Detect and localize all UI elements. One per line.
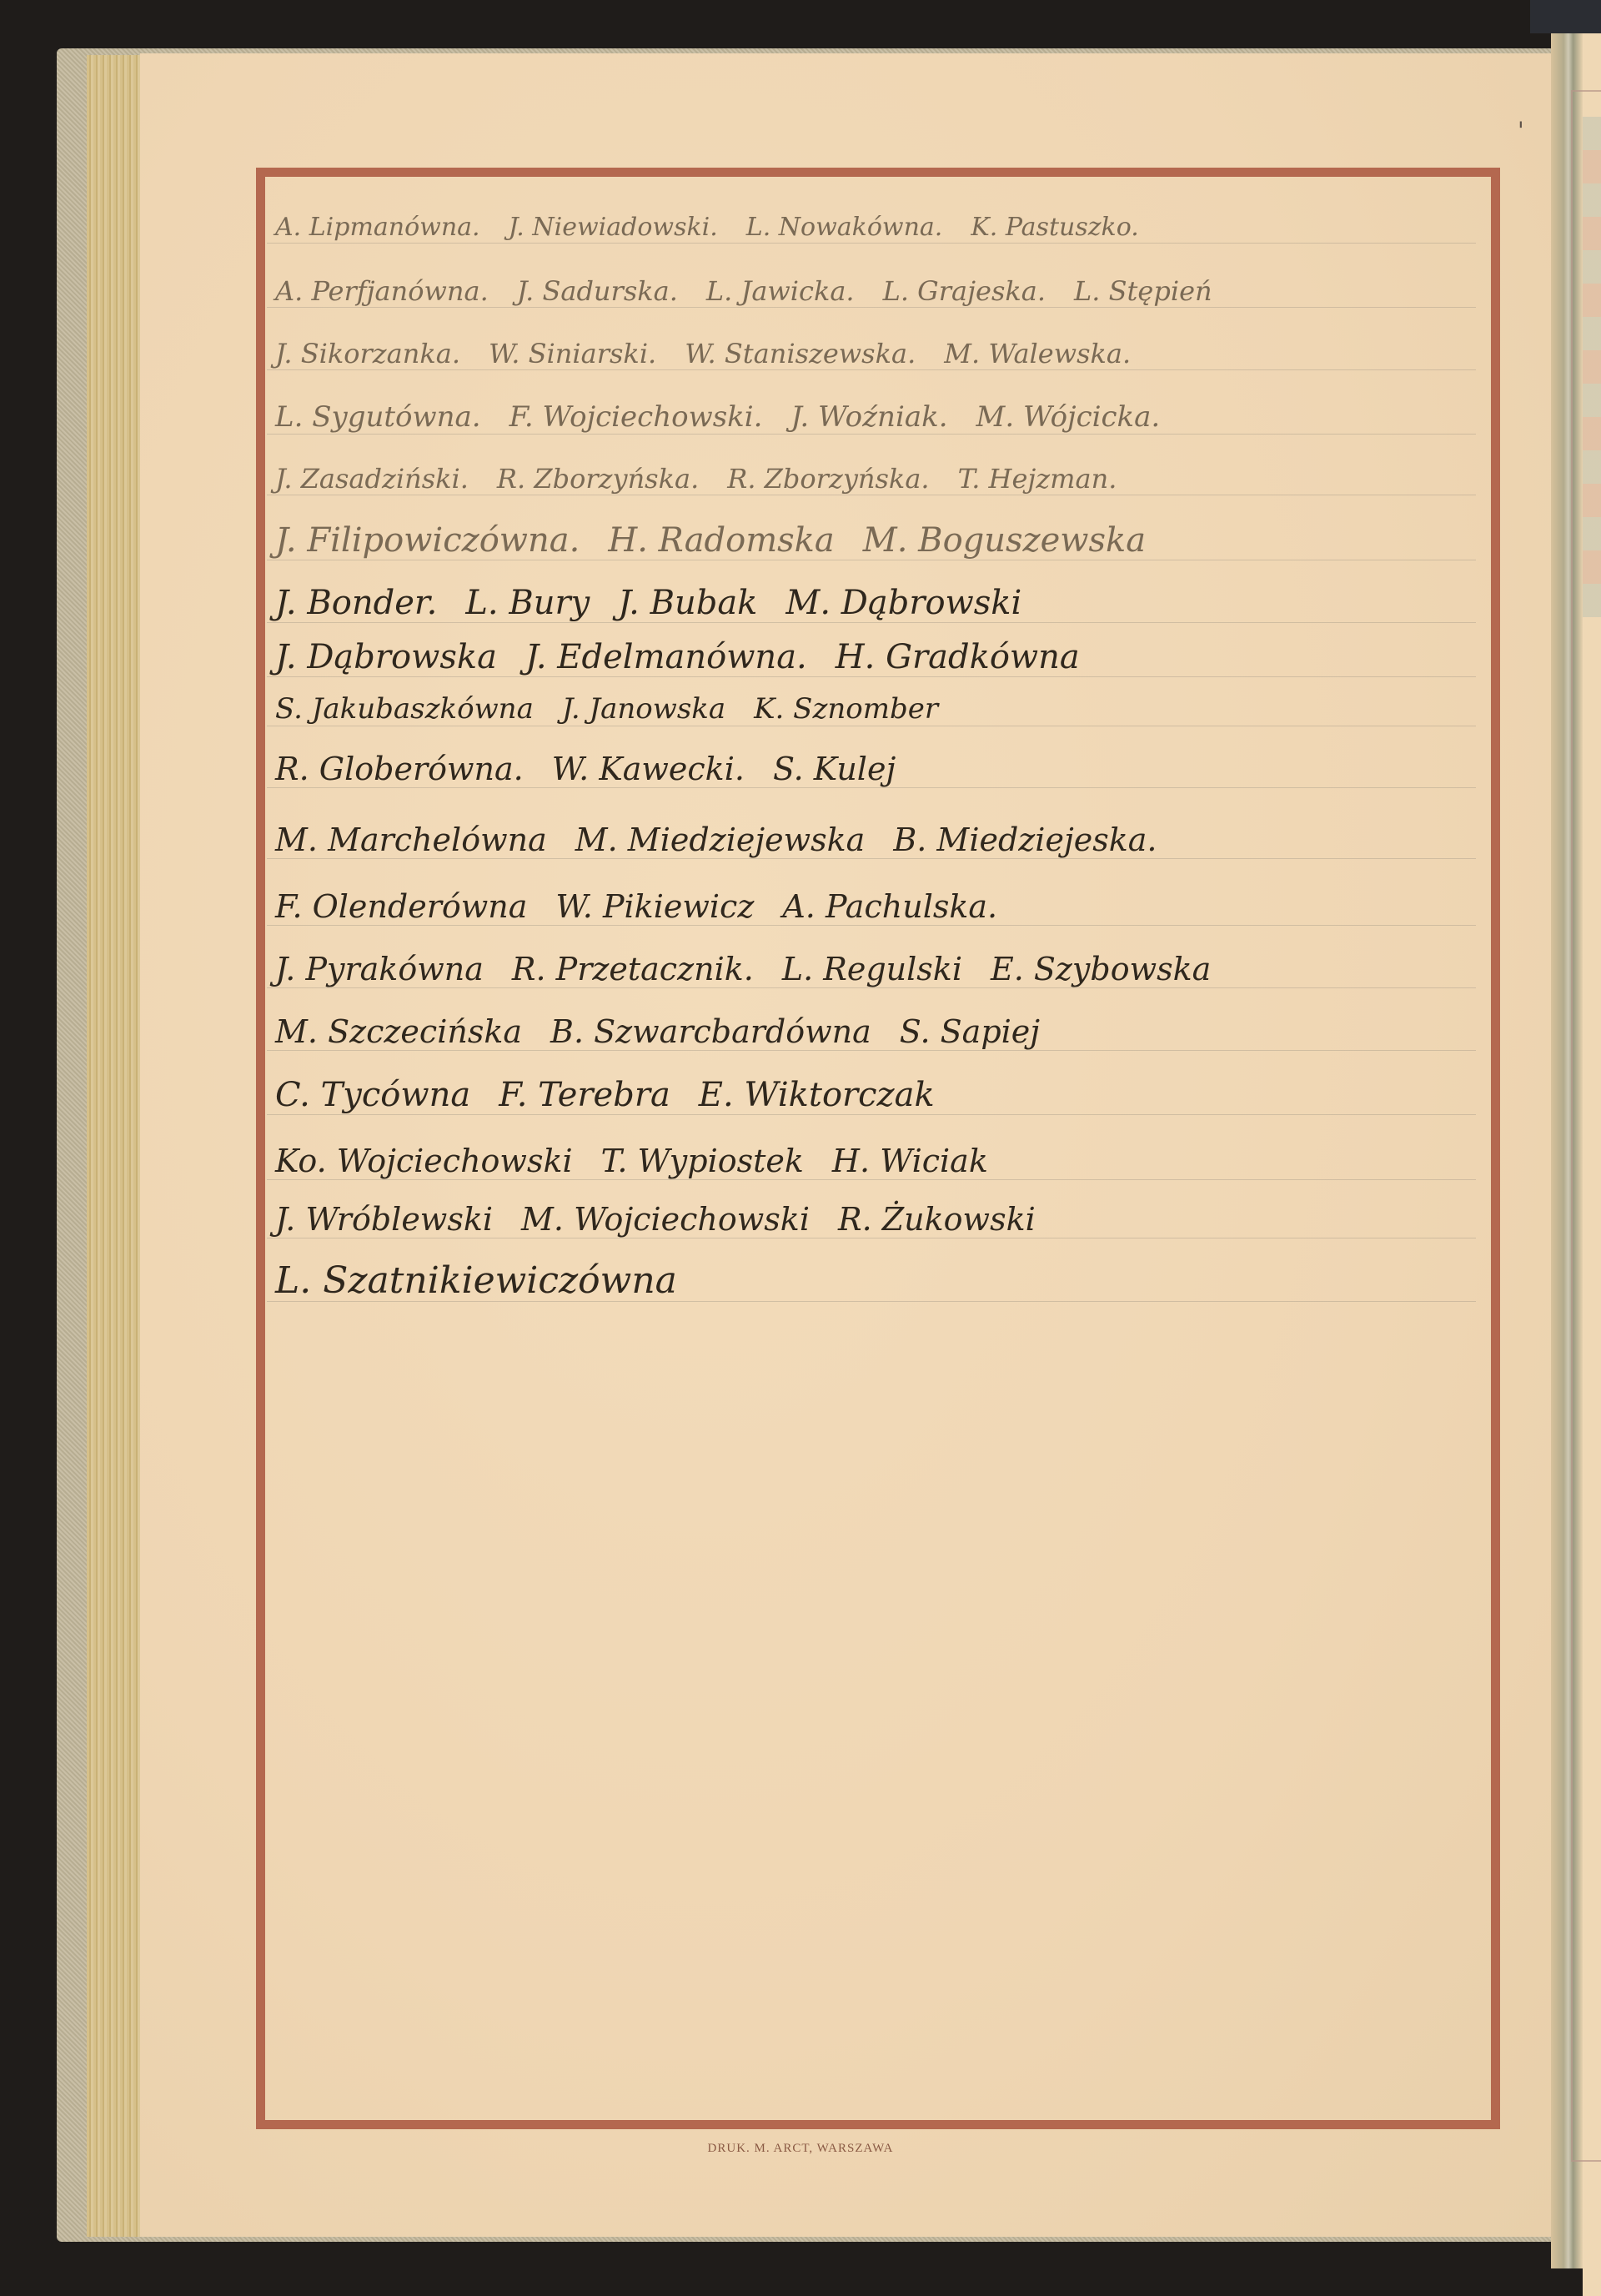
signature: H. Radomska [608, 521, 834, 560]
signature: Ko. Wojciechowski [275, 1143, 573, 1179]
signature-row: J. WróblewskiM. WojciechowskiR. Żukowski [275, 1201, 1476, 1238]
ruled-line [267, 987, 1476, 988]
signature: H. Gradkówna [836, 638, 1080, 676]
signature-row: A. Perfjanówna.J. Sadurska.L. Jawicka.L.… [275, 275, 1476, 307]
ruled-line [267, 787, 1476, 788]
signature-row: J. Sikorzanka.W. Siniarski.W. Staniszews… [275, 338, 1476, 369]
signature: J. Janowska [562, 692, 725, 726]
signature: L. Stępień [1074, 275, 1212, 307]
signature: A. Lipmanówna. [275, 213, 480, 242]
ruled-line [267, 858, 1476, 859]
signature: E. Wiktorczak [699, 1076, 935, 1114]
signature: W. Siniarski. [489, 338, 656, 369]
signature: R. Przetacznik. [512, 951, 754, 987]
signature-row: J. PyrakównaR. Przetacznik.L. RegulskiE.… [275, 951, 1476, 987]
signature-row: L. Szatnikiewiczówna [275, 1259, 1476, 1302]
signature: M. Dąbrowski [785, 584, 1021, 622]
signature: M. Wójcicka. [976, 400, 1161, 434]
signature: L. Regulski [782, 951, 962, 987]
signature: F. Olenderówna [275, 888, 527, 925]
signature: T. Hejzman. [958, 463, 1117, 495]
ruled-line [267, 307, 1476, 308]
ruled-line [267, 495, 1476, 495]
signature: S. Kulej [773, 751, 896, 787]
ruled-line [267, 726, 1476, 726]
signature: J. Edelmanówna. [525, 638, 807, 676]
printer-imprint: DRUK. M. ARCT, WARSZAWA [0, 2142, 1601, 2156]
signature: K. Sznomber [754, 692, 938, 726]
ruled-line [267, 676, 1476, 677]
signature-row: C. TycównaF. TerebraE. Wiktorczak [275, 1076, 1476, 1114]
signature-row: M. SzczecińskaB. SzwarcbardównaS. Sapiej [275, 1013, 1476, 1050]
signature: M. Miedziejewska [575, 821, 866, 858]
page-edges [87, 55, 142, 2237]
signature: W. Kawecki. [552, 751, 745, 787]
background-strip [1530, 0, 1601, 33]
signature: A. Pachulska. [782, 888, 997, 925]
signature: R. Zborzyńska. [727, 463, 929, 495]
signature: F. Terebra [499, 1076, 670, 1114]
ruled-line [267, 369, 1476, 370]
ruled-line [267, 1238, 1476, 1238]
ruled-line [267, 1179, 1476, 1180]
signature: M. Wojciechowski [521, 1201, 810, 1238]
ruled-line [267, 622, 1476, 623]
signature-row: J. Filipowiczówna.H. RadomskaM. Boguszew… [275, 521, 1476, 560]
signature: J. Bonder. [275, 584, 437, 622]
signature-row: R. Globerówna.W. Kawecki.S. Kulej [275, 751, 1476, 787]
signature-row: S. JakubaszkównaJ. JanowskaK. Sznomber [275, 692, 1476, 726]
signature: F. Wojciechowski. [509, 400, 763, 434]
signature-row: J. Zasadziński.R. Zborzyńska.R. Zborzyńs… [275, 463, 1476, 495]
signature: M. Szczecińska [275, 1013, 522, 1050]
signature: A. Perfjanówna. [275, 275, 489, 307]
signature: R. Zborzyńska. [497, 463, 699, 495]
signature-row: A. Lipmanówna.J. Niewiadowski.L. Nowaków… [275, 213, 1476, 242]
facing-page-frame [1571, 90, 1601, 2162]
signature: J. Dąbrowska [275, 638, 497, 676]
signature: J. Bubak [618, 584, 757, 622]
signature: B. Szwarcbardówna [550, 1013, 871, 1050]
signature: L. Sygutówna. [275, 400, 481, 434]
signature-row: J. Bonder.L. BuryJ. BubakM. Dąbrowski [275, 584, 1476, 622]
signature: W. Pikiewicz [555, 888, 754, 925]
signature: J. Sikorzanka. [275, 338, 460, 369]
signature: B. Miedziejeska. [893, 821, 1157, 858]
signature: R. Żukowski [838, 1201, 1036, 1238]
signature: J. Wróblewski [275, 1201, 493, 1238]
signature: L. Bury [465, 584, 590, 622]
signature: T. Wypiostek [601, 1143, 804, 1179]
signature: K. Pastuszko. [971, 213, 1138, 242]
ruled-line [267, 560, 1476, 560]
signature: E. Szybowska [991, 951, 1211, 987]
signature: C. Tycówna [275, 1076, 470, 1114]
signature: M. Walewska. [944, 338, 1131, 369]
signature: S. Sapiej [900, 1013, 1040, 1050]
signature: J. Filipowiczówna. [275, 521, 580, 560]
signature-row: Ko. WojciechowskiT. WypiostekH. Wiciak [275, 1143, 1476, 1179]
ruled-line [267, 925, 1476, 926]
ruled-line [267, 1114, 1476, 1115]
signature: M. Boguszewska [863, 521, 1146, 560]
page-mark: ' [1518, 117, 1524, 144]
signature-row: L. Sygutówna.F. Wojciechowski.J. Woźniak… [275, 400, 1476, 434]
signature: J. Sadurska. [517, 275, 678, 307]
signature: M. Marchelówna [275, 821, 547, 858]
signature: L. Grajeska. [883, 275, 1046, 307]
signature: L. Nowakówna. [746, 213, 943, 242]
ruled-line [267, 1050, 1476, 1051]
signature: J. Niewiadowski. [509, 213, 718, 242]
signature-row: M. MarchelównaM. MiedziejewskaB. Miedzie… [275, 821, 1476, 858]
signature: W. Staniszewska. [685, 338, 916, 369]
signature: L. Jawicka. [706, 275, 855, 307]
signature: J. Zasadziński. [275, 463, 469, 495]
signature: L. Szatnikiewiczówna [275, 1259, 677, 1302]
signature: R. Globerówna. [275, 751, 524, 787]
signature: J. Pyrakówna [275, 951, 484, 987]
signature: H. Wiciak [832, 1143, 988, 1179]
signature: S. Jakubaszkówna [275, 692, 534, 726]
signature-row: J. DąbrowskaJ. Edelmanówna.H. Gradkówna [275, 638, 1476, 676]
signature: J. Woźniak. [790, 400, 947, 434]
ruled-line [267, 243, 1476, 244]
signature-row: F. OlenderównaW. PikiewiczA. Pachulska. [275, 888, 1476, 925]
ruled-line [267, 434, 1476, 435]
